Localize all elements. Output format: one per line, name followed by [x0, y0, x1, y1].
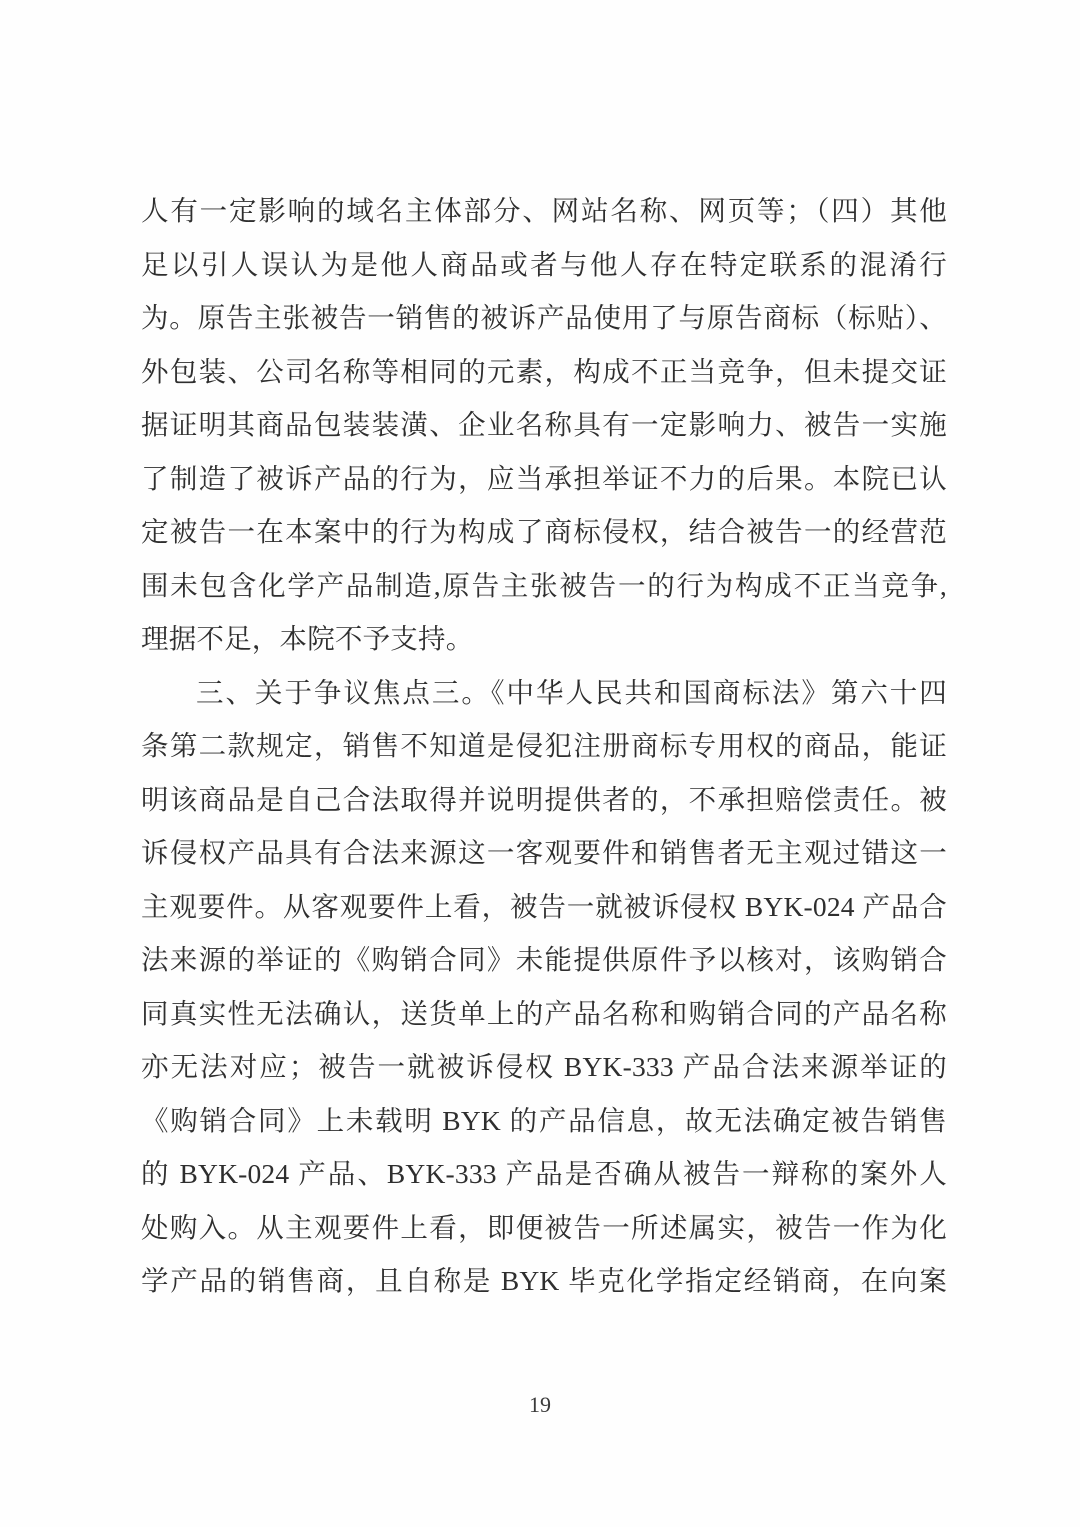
text-line: 同真实性无法确认，送货单上的产品名称和购销合同的产品名称 [141, 987, 947, 1041]
text-line: 定被告一在本案中的行为构成了商标侵权，结合被告一的经营范 [141, 505, 947, 559]
text-line: 《购销合同》上未载明 BYK 的产品信息，故无法确定被告销售 [141, 1094, 947, 1148]
text-line: 外包装、公司名称等相同的元素，构成不正当竞争，但未提交证 [141, 345, 947, 399]
text-line: 处购入。从主观要件上看，即便被告一所述属实，被告一作为化 [141, 1201, 947, 1255]
text-line: 为。原告主张被告一销售的被诉产品使用了与原告商标（标贴）、 [141, 291, 947, 345]
text-line: 足以引人误认为是他人商品或者与他人存在特定联系的混淆行 [141, 238, 947, 292]
text-line: 学产品的销售商，且自称是 BYK 毕克化学指定经销商，在向案 [141, 1254, 947, 1308]
document-body: 人有一定影响的域名主体部分、网站名称、网页等；（四）其他足以引人误认为是他人商品… [141, 184, 947, 1308]
text-line: 围未包含化学产品制造,原告主张被告一的行为构成不正当竞争, [141, 559, 947, 613]
text-line: 条第二款规定，销售不知道是侵犯注册商标专用权的商品，能证 [141, 719, 947, 773]
text-line: 三、关于争议焦点三。《中华人民共和国商标法》第六十四 [141, 666, 947, 720]
text-line: 了制造了被诉产品的行为，应当承担举证不力的后果。本院已认 [141, 452, 947, 506]
document-page: 人有一定影响的域名主体部分、网站名称、网页等；（四）其他足以引人误认为是他人商品… [0, 0, 1080, 1527]
page-number: 19 [0, 1390, 1080, 1420]
text-line: 法来源的举证的《购销合同》未能提供原件予以核对，该购销合 [141, 933, 947, 987]
text-line: 据证明其商品包装装潢、企业名称具有一定影响力、被告一实施 [141, 398, 947, 452]
text-line: 人有一定影响的域名主体部分、网站名称、网页等；（四）其他 [141, 184, 947, 238]
text-line: 诉侵权产品具有合法来源这一客观要件和销售者无主观过错这一 [141, 826, 947, 880]
text-line: 理据不足，本院不予支持。 [141, 612, 947, 666]
text-line: 的 BYK-024 产品、BYK-333 产品是否确从被告一辩称的案外人 [141, 1147, 947, 1201]
text-line: 主观要件。从客观要件上看，被告一就被诉侵权 BYK-024 产品合 [141, 880, 947, 934]
text-line: 明该商品是自己合法取得并说明提供者的，不承担赔偿责任。被 [141, 773, 947, 827]
text-line: 亦无法对应；被告一就被诉侵权 BYK-333 产品合法来源举证的 [141, 1040, 947, 1094]
